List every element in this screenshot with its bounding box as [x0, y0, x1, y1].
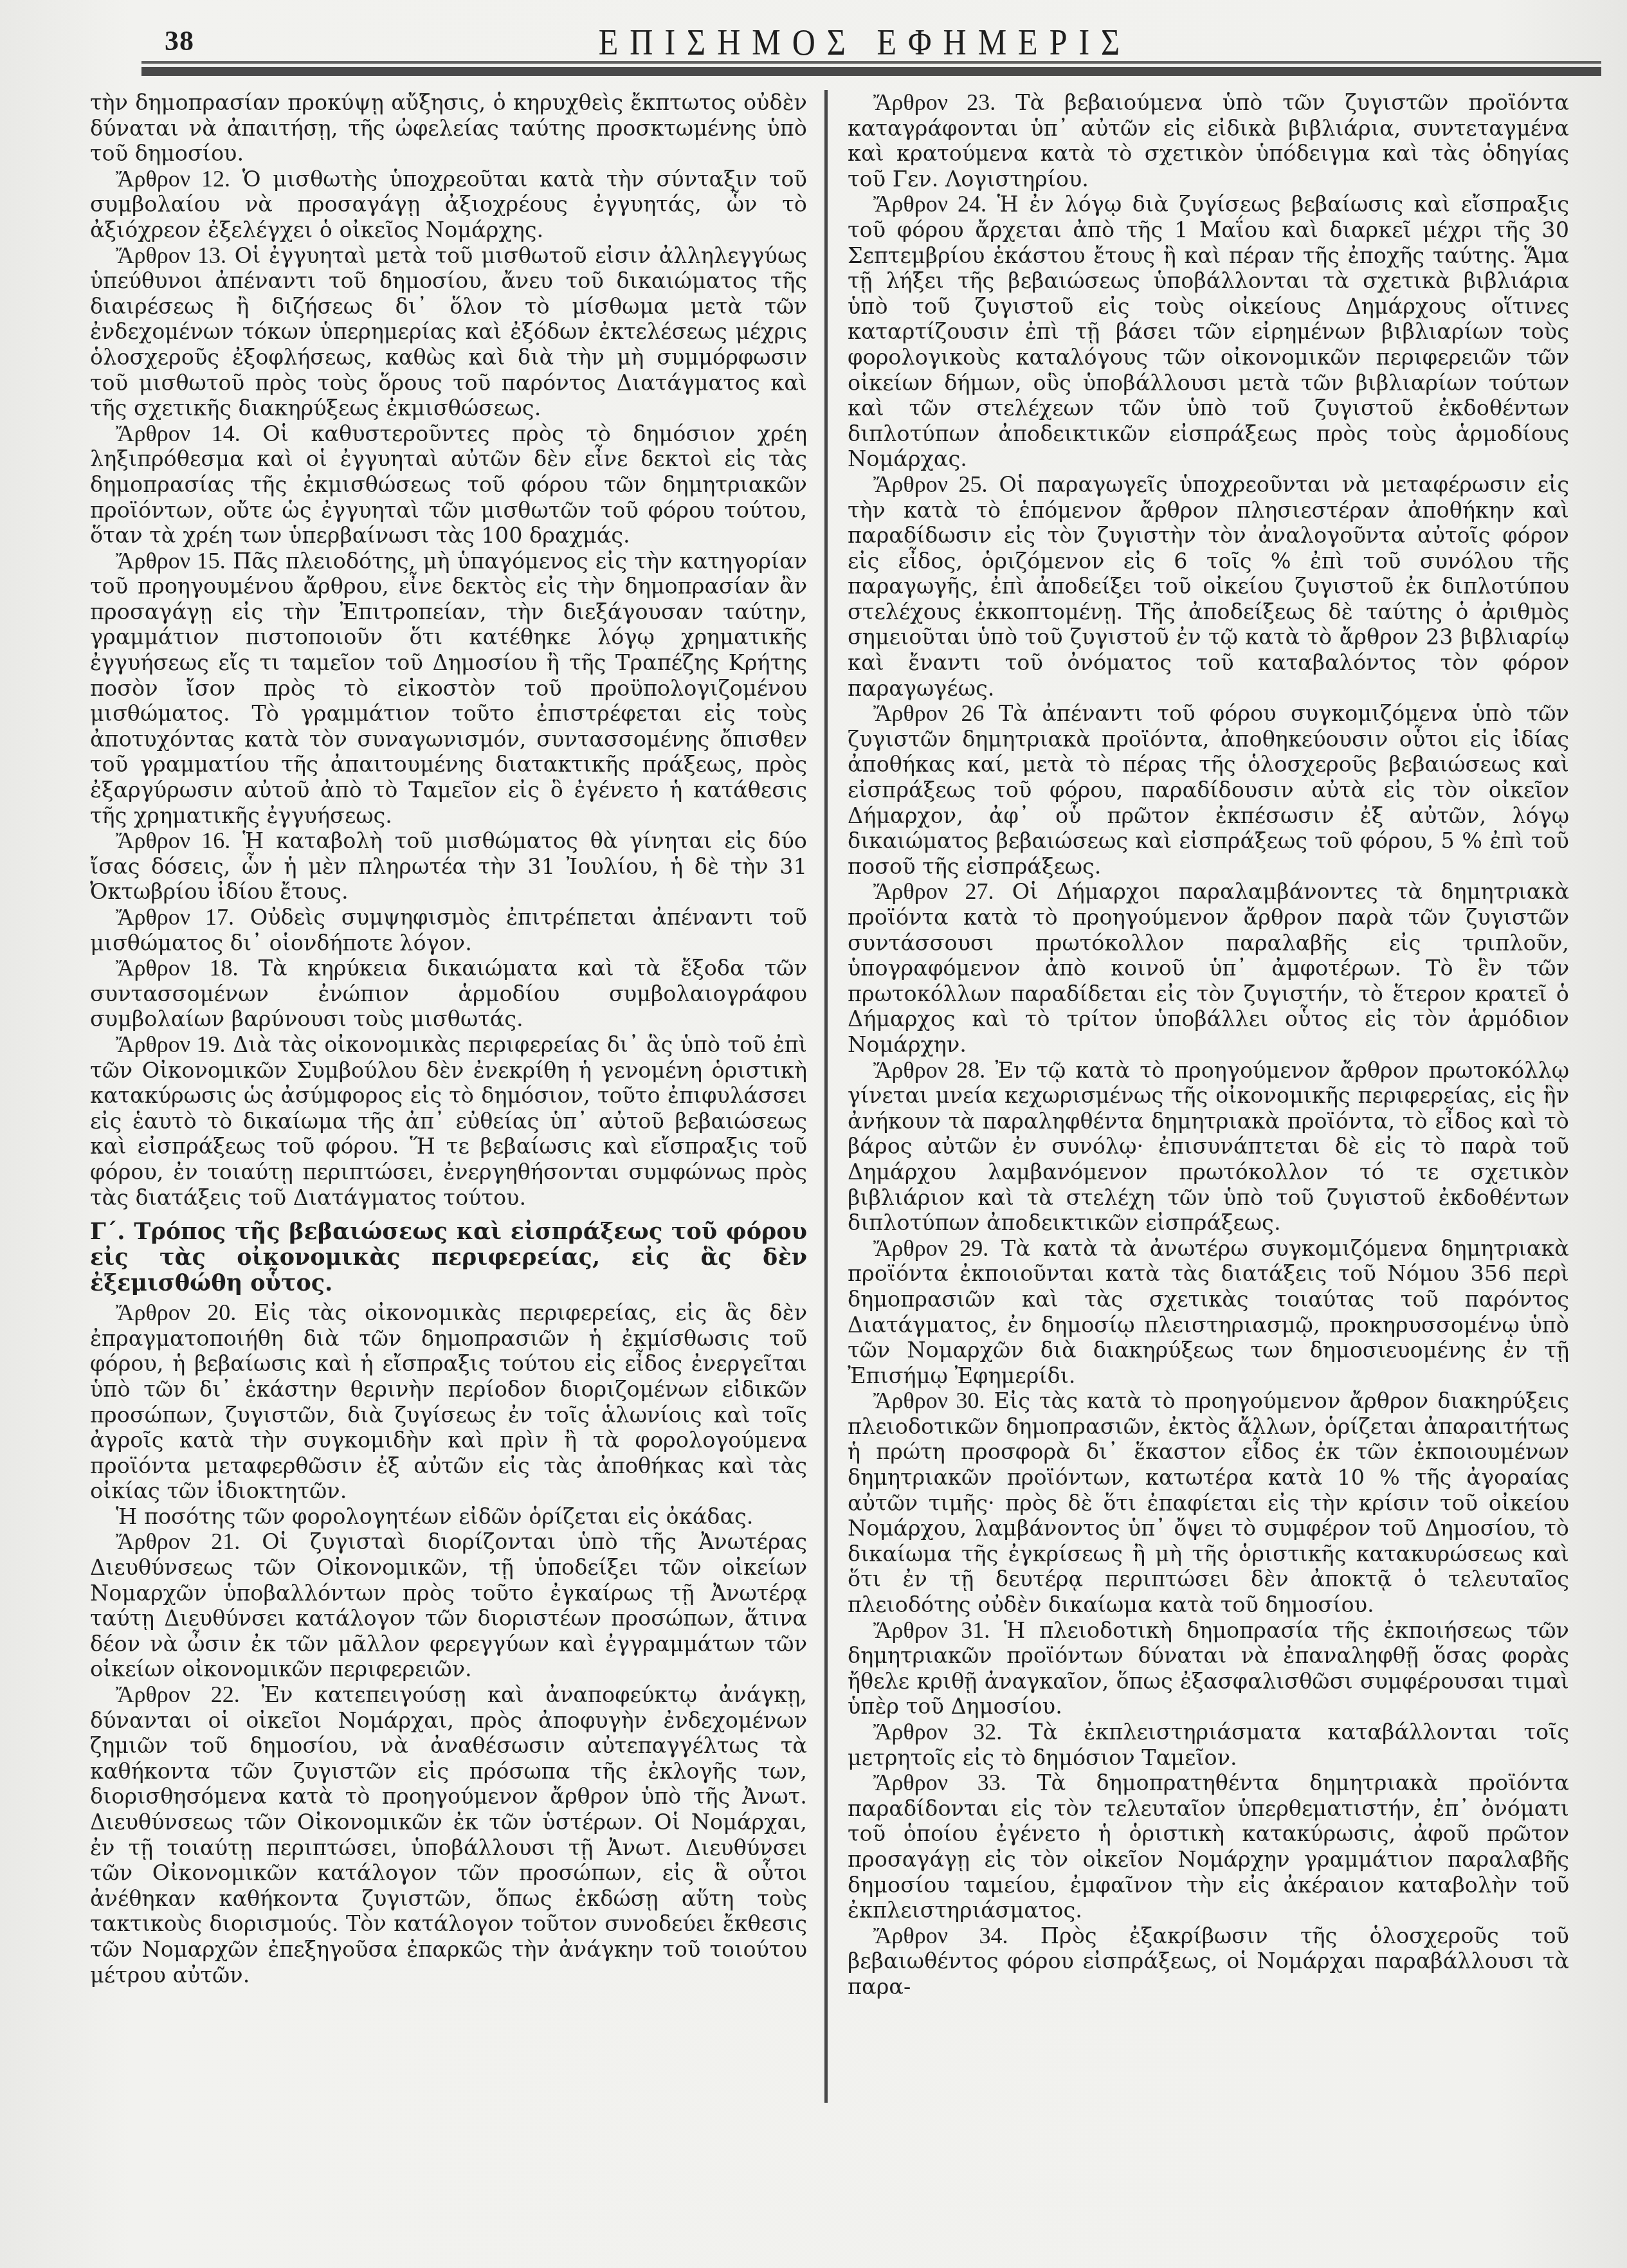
- article-label: Ἄρθρον 16.: [116, 828, 230, 853]
- article-text: Εἰς τὰς κατὰ τὸ προηγούμενον ἄρθρον διακ…: [848, 1388, 1569, 1617]
- header-rule: [141, 61, 1601, 79]
- article-34: Ἄρθρον 34. Πρὸς ἐξακρίβωσιν τῆς ὁλοσχερο…: [848, 1923, 1569, 2000]
- article-31: Ἄρθρον 31. Ἡ πλειοδοτικὴ δημοπρασία τῆς …: [848, 1618, 1569, 1719]
- article-label: Ἄρθρον 31.: [873, 1617, 990, 1643]
- article-text: Οἱ παραγωγεῖς ὑποχρεοῦνται νὰ μεταφέρωσι…: [848, 472, 1569, 701]
- article-text: Οἱ Δήμαρχοι παραλαμβάνοντες τὰ δημητριακ…: [848, 879, 1569, 1057]
- continuation-paragraph: τὴν δημοπρασίαν προκύψῃ αὔξησις, ὁ κηρυχ…: [90, 90, 807, 167]
- article-13: Ἄρθρον 13. Οἱ ἐγγυηταὶ μετὰ τοῦ μισθωτοῦ…: [90, 243, 807, 421]
- article-22: Ἄρθρον 22. Ἐν κατεπειγούσῃ καὶ ἀναποφεύκ…: [90, 1682, 807, 1988]
- article-text: Εἰς τὰς οἰκονομικὰς περιφερείας, εἰς ἃς …: [90, 1300, 807, 1503]
- article-16: Ἄρθρον 16. Ἡ καταβολὴ τοῦ μισθώματος θὰ …: [90, 828, 807, 905]
- article-label: Ἄρθρον 29.: [873, 1235, 988, 1261]
- article-text: Διὰ τὰς οἰκονομικὰς περιφερείας δι᾽ ἃς ὑ…: [90, 1032, 807, 1210]
- article-19: Ἄρθρον 19. Διὰ τὰς οἰκονομικὰς περιφερεί…: [90, 1032, 807, 1210]
- article-label: Ἄρθρον 17.: [116, 904, 234, 930]
- article-20-extra: Ἡ ποσότης τῶν φορολογητέων εἰδῶν ὁρίζετα…: [90, 1504, 807, 1530]
- article-label: Ἄρθρον 21.: [116, 1529, 240, 1554]
- article-12: Ἄρθρον 12. Ὁ μισθωτὴς ὑποχρεοῦται κατὰ τ…: [90, 167, 807, 243]
- article-label: Ἄρθρον 12.: [116, 166, 230, 192]
- article-text: Πᾶς πλειοδότης, μὴ ὑπαγόμενος εἰς τὴν κα…: [90, 549, 807, 828]
- article-label: Ἄρθρον 26: [873, 700, 985, 726]
- column-divider: [824, 90, 828, 2103]
- gazette-title: ΕΠΙΣΗΜΟΣ ΕΦΗΜΕΡΙΣ: [129, 21, 1601, 64]
- article-label: Ἄρθρον 14.: [116, 421, 241, 446]
- article-label: Ἄρθρον 28.: [873, 1057, 985, 1083]
- article-text: Τὰ ἀπέναντι τοῦ φόρου συγκομιζόμενα ὑπὸ …: [848, 701, 1569, 879]
- section-heading: Γ΄. Τρόπος τῆς βεβαιώσεως καὶ εἰσπράξεως…: [90, 1219, 807, 1296]
- article-label: Ἄρθρον 20.: [116, 1300, 236, 1325]
- article-label: Ἄρθρον 13.: [116, 242, 226, 268]
- article-label: Ἄρθρον 22.: [116, 1682, 240, 1707]
- article-text: Ἡ ἐν λόγῳ διὰ ζυγίσεως βεβαίωσις καὶ εἴσ…: [848, 192, 1569, 471]
- article-28: Ἄρθρον 28. Ἐν τῷ κατὰ τὸ προηγούμενον ἄρ…: [848, 1058, 1569, 1236]
- article-label: Ἄρθρον 18.: [116, 955, 238, 981]
- article-text: Ἐν τῷ κατὰ τὸ προηγούμενον ἄρθρον πρωτοκ…: [848, 1058, 1569, 1236]
- article-text: Ἐν κατεπειγούσῃ καὶ ἀναποφεύκτῳ ἀνάγκῃ, …: [90, 1682, 807, 1988]
- article-17: Ἄρθρον 17. Οὐδεὶς συμψηφισμὸς ἐπιτρέπετα…: [90, 905, 807, 956]
- left-column: τὴν δημοπρασίαν προκύψῃ αὔξησις, ὁ κηρυχ…: [90, 90, 807, 1988]
- article-label: Ἄρθρον 23.: [873, 89, 995, 115]
- header-rule-thick: [141, 67, 1601, 76]
- article-label: Ἄρθρον 15.: [116, 548, 226, 574]
- article-label: Ἄρθρον 32.: [873, 1719, 1002, 1745]
- article-label: Ἄρθρον 19.: [116, 1031, 226, 1057]
- article-33: Ἄρθρον 33. Τὰ δημοπρατηθέντα δημητριακὰ …: [848, 1770, 1569, 1923]
- article-29: Ἄρθρον 29. Τὰ κατὰ τὰ ἀνωτέρω συγκομιζόμ…: [848, 1236, 1569, 1389]
- article-label: Ἄρθρον 24.: [873, 191, 986, 217]
- article-label: Ἄρθρον 34.: [873, 1923, 1008, 1948]
- article-27: Ἄρθρον 27. Οἱ Δήμαρχοι παραλαμβάνοντες τ…: [848, 879, 1569, 1057]
- article-21: Ἄρθρον 21. Οἱ ζυγισταὶ διορίζονται ὑπὸ τ…: [90, 1529, 807, 1682]
- article-label: Ἄρθρον 33.: [873, 1770, 1006, 1795]
- article-25: Ἄρθρον 25. Οἱ παραγωγεῖς ὑποχρεοῦνται νὰ…: [848, 472, 1569, 701]
- article-26: Ἄρθρον 26 Τὰ ἀπέναντι τοῦ φόρου συγκομιζ…: [848, 701, 1569, 879]
- gazette-page: 38 ΕΠΙΣΗΜΟΣ ΕΦΗΜΕΡΙΣ τὴν δημοπρασίαν προ…: [0, 0, 1627, 2268]
- article-text: Οἱ ἐγγυηταὶ μετὰ τοῦ μισθωτοῦ εἰσιν ἀλλη…: [90, 243, 807, 421]
- header-rule-thin: [141, 61, 1601, 64]
- article-23: Ἄρθρον 23. Τὰ βεβαιούμενα ὑπὸ τῶν ζυγιστ…: [848, 90, 1569, 192]
- right-column: Ἄρθρον 23. Τὰ βεβαιούμενα ὑπὸ τῶν ζυγιστ…: [848, 90, 1569, 2000]
- article-label: Ἄρθρον 25.: [873, 471, 987, 497]
- article-24: Ἄρθρον 24. Ἡ ἐν λόγῳ διὰ ζυγίσεως βεβαίω…: [848, 192, 1569, 472]
- article-20: Ἄρθρον 20. Εἰς τὰς οἰκονομικὰς περιφερεί…: [90, 1300, 807, 1504]
- article-15: Ἄρθρον 15. Πᾶς πλειοδότης, μὴ ὑπαγόμενος…: [90, 549, 807, 829]
- article-label: Ἄρθρον 27.: [873, 878, 994, 904]
- article-18: Ἄρθρον 18. Τὰ κηρύκεια δικαιώματα καὶ τὰ…: [90, 956, 807, 1032]
- article-14: Ἄρθρον 14. Οἱ καθυστεροῦντες πρὸς τὸ δημ…: [90, 421, 807, 549]
- article-32: Ἄρθρον 32. Τὰ ἐκπλειστηριάσματα καταβάλλ…: [848, 1719, 1569, 1770]
- article-label: Ἄρθρον 30.: [873, 1388, 985, 1413]
- article-30: Ἄρθρον 30. Εἰς τὰς κατὰ τὸ προηγούμενον …: [848, 1388, 1569, 1617]
